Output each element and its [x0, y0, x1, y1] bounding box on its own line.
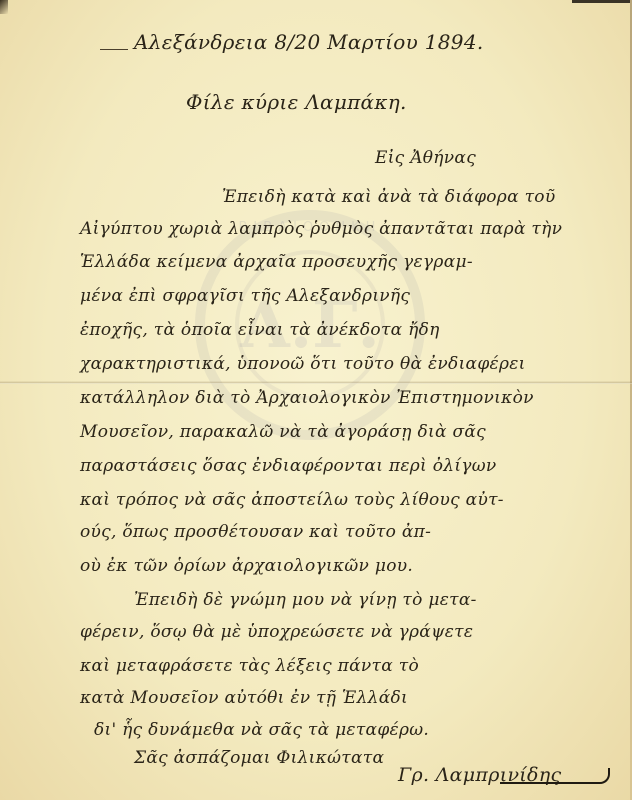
letter-page: ΒΙΒΛΙΟΘΗΚΗ Α.Γ. Αλεξάνδρεια 8/20 Μαρτίου… — [0, 0, 632, 800]
body-line: καὶ τρόπος νὰ σᾶς ἀποστείλω τοὺς λίθους … — [80, 490, 504, 510]
body-line: κατὰ Μουσεῖον αὐτόθι ἐν τῇ Ἑλλάδι — [80, 688, 408, 708]
body-line: χαρακτηριστικά, ὑπονοῶ ὅτι τοῦτο θὰ ἐνδι… — [80, 354, 526, 374]
signature-flourish — [500, 768, 610, 784]
body-line: Ἐπειδὴ κατὰ καὶ ἀνὰ τὰ διάφορα τοῦ — [222, 187, 555, 207]
body-line: καὶ μεταφράσετε τὰς λέξεις πάντα τὸ — [80, 656, 419, 676]
body-line: μένα ἐπὶ σφραγῖσι τῆς Αλεξανδρινῆς — [80, 286, 410, 306]
body-line: παραστάσεις ὅσας ἐνδιαφέρονται περὶ ὀλίγ… — [80, 456, 497, 476]
body-line: οὺ ἐκ τῶν ὁρίων ἀρχαιολογικῶν μου. — [80, 556, 413, 576]
body-line: φέρειν, ὅσῳ θὰ μὲ ὑποχρεώσετε νὰ γράψετε — [80, 622, 473, 642]
body-line: ἐποχῆς, τὰ ὁποῖα εἶναι τὰ ἀνέκδοτα ἤδη — [80, 320, 440, 340]
body-line: Ἑλλάδα κείμενα ἀρχαῖα προσευχῆς γεγραμ- — [80, 252, 473, 272]
body-line: κατάλληλον διὰ τὸ Ἀρχαιολογικὸν Ἐπιστημο… — [80, 388, 534, 408]
paper-fold-line — [0, 381, 632, 384]
body-line: δι' ἧς δυνάμεθα νὰ σᾶς τὰ μεταφέρω. — [94, 720, 429, 740]
scan-corner-shadow — [0, 0, 8, 14]
letter-place: Εἰς Ἀθήνας — [375, 148, 476, 168]
body-line: Ἐπειδὴ δὲ γνώμη μου νὰ γίνῃ τὸ μετα- — [134, 590, 477, 610]
letter-salutation: Φίλε κύριε Λαμπάκη. — [186, 90, 407, 114]
body-line: Μουσεῖον, παρακαλῶ νὰ τὰ ἀγοράσῃ διὰ σᾶς — [80, 422, 486, 442]
body-line: Αἰγύπτου χωριὰ λαμπρὸς ῥυθμὸς ἀπαντᾶται … — [80, 219, 562, 239]
letter-date: Αλεξάνδρεια 8/20 Μαρτίου 1894. — [134, 30, 484, 54]
scan-top-edge — [572, 0, 632, 3]
body-line: ούς, ὅπως προσθέτουσαν καὶ τοῦτο ἀπ- — [80, 522, 431, 542]
letter-closing: Σᾶς ἀσπάζομαι Φιλικώτατα — [134, 748, 384, 768]
date-leading-dash — [100, 49, 128, 50]
